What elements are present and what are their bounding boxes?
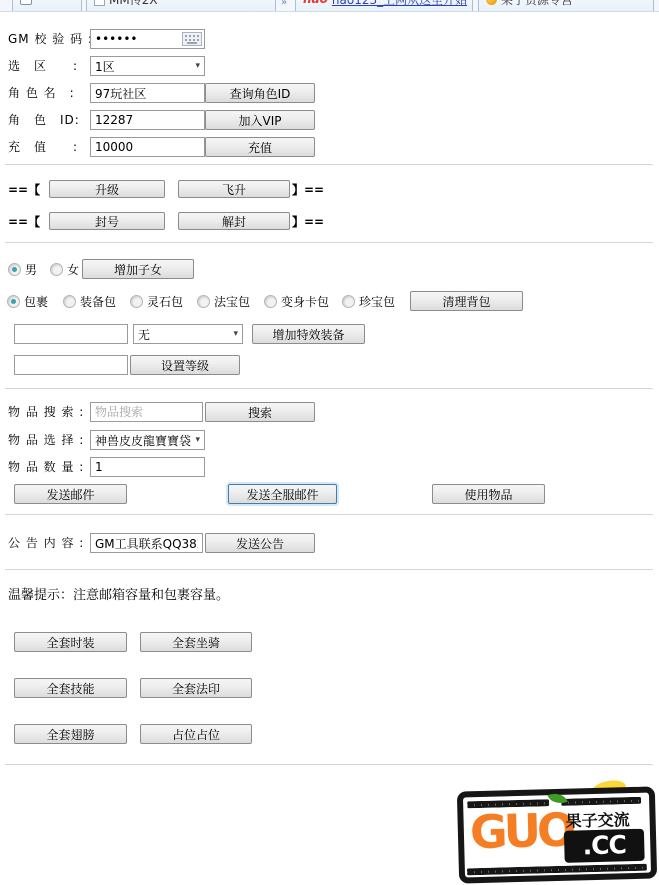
divider [5, 388, 653, 390]
radio-bag-rare[interactable]: 珍宝包 [342, 291, 395, 311]
mail-buttons-row: 发送邮件 发送全服邮件 使用物品 [0, 484, 659, 504]
placeholder-button[interactable]: 占位占位 [140, 724, 252, 744]
notice-label: 公 告 内 容 : [8, 533, 84, 553]
gm-code-label: GM 校 验 码 : [8, 29, 93, 49]
hao123-logo-icon: hao [303, 0, 328, 6]
use-item-button[interactable]: 使用物品 [432, 484, 545, 504]
divider [5, 514, 653, 516]
chevron-down-icon: ▾ [195, 435, 200, 445]
radio-checked-icon [8, 263, 21, 276]
zone-select[interactable]: 1区 ▾ [90, 56, 205, 76]
radio-bag-transform[interactable]: 变身卡包 [264, 291, 329, 311]
role-id-row: 角 色 ID: 加入VIP [0, 110, 659, 130]
item-search-button[interactable]: 搜索 [205, 402, 315, 422]
item-search-row: 物 品 搜 索 : 搜索 [0, 402, 659, 422]
suit-row-3: 全套翅膀 占位占位 [0, 724, 659, 744]
join-vip-button[interactable]: 加入VIP [205, 110, 315, 130]
send-all-mail-button[interactable]: 发送全服邮件 [228, 484, 337, 504]
divider [5, 242, 653, 244]
item-search-input[interactable] [90, 402, 203, 422]
radio-female-label: 女 [67, 261, 79, 278]
stamp-bar-decoration [467, 864, 647, 876]
radio-bag-treasure-weapon[interactable]: 法宝包 [197, 291, 250, 311]
suit-row-2: 全套技能 全套法印 [0, 678, 659, 698]
radio-checked-icon [7, 295, 20, 308]
effect-equip-row: 无 ▾ 增加特效装备 [0, 324, 659, 344]
radio-bag-label: 珍宝包 [359, 293, 395, 310]
radio-icon [264, 295, 277, 308]
radio-male[interactable]: 男 [8, 259, 37, 279]
upgrade-button[interactable]: 升级 [49, 180, 165, 198]
role-id-label: 角 色 ID: [8, 110, 80, 130]
radio-icon [130, 295, 143, 308]
divider [5, 569, 653, 571]
zone-label: 选 区 : [8, 56, 78, 76]
tip-text: 温馨提示：注意邮箱容量和包裹容量。 [8, 584, 229, 603]
tab-overflow-chevron[interactable]: » [281, 0, 287, 8]
item-search-label: 物 品 搜 索 : [8, 402, 84, 422]
browser-tab-bar: MM传2X » hao hao123_上网从这里开始 果子资源专营 [0, 0, 659, 12]
item-select-value: 神兽皮皮龍寶寶袋 [95, 432, 191, 449]
radio-bag-label: 法宝包 [214, 293, 250, 310]
tab-hao123[interactable]: hao hao123_上网从这里开始 [295, 0, 473, 11]
effect-select[interactable]: 无 ▾ [133, 324, 243, 344]
item-qty-input[interactable] [90, 457, 205, 477]
notice-input[interactable] [90, 533, 203, 553]
item-select-row: 物 品 选 择 : 神兽皮皮龍寶寶袋 ▾ [0, 430, 659, 450]
radio-bag-label: 变身卡包 [281, 293, 329, 310]
role-id-input[interactable] [90, 110, 205, 130]
radio-bag-label: 灵石包 [147, 293, 183, 310]
notice-row: 公 告 内 容 : 发送公告 [0, 533, 659, 553]
suit-row-1: 全套时装 全套坐骑 [0, 632, 659, 652]
query-role-id-button[interactable]: 查询角色ID [205, 83, 315, 103]
orange-circle-icon [486, 0, 497, 5]
bracket-prefix: ==【 [8, 212, 40, 232]
clean-bag-button[interactable]: 清理背包 [410, 291, 523, 311]
full-wing-button[interactable]: 全套翅膀 [14, 724, 127, 744]
gm-tool-page: MM传2X » hao hao123_上网从这里开始 果子资源专营 GM 校 验… [0, 0, 659, 885]
blank-favicon-icon [20, 0, 32, 5]
add-child-button[interactable]: 增加子女 [82, 259, 194, 279]
tab-game-label: MM传2X [109, 0, 158, 8]
keyboard-icon[interactable] [182, 32, 202, 46]
stamp-tagline-text: 果子交流 [565, 807, 630, 832]
ban-row: ==【 封号 解封 】== [0, 212, 659, 232]
guocc-stamp: GUO 果子交流 .CC [457, 786, 657, 883]
bracket-prefix: ==【 [8, 180, 40, 200]
recharge-button[interactable]: 充值 [205, 137, 315, 157]
set-level-row: 设置等级 [0, 355, 659, 375]
bags-row: 包裹 装备包 灵石包 法宝包 变身卡包 珍宝包 清理背包 [0, 291, 659, 311]
ascend-button[interactable]: 飞升 [178, 180, 290, 198]
set-level-input[interactable] [14, 355, 128, 375]
zone-select-value: 1区 [95, 58, 115, 75]
radio-bag-spirit[interactable]: 灵石包 [130, 291, 183, 311]
radio-icon [197, 295, 210, 308]
item-qty-row: 物 品 数 量 : [0, 457, 659, 477]
full-mount-button[interactable]: 全套坐骑 [140, 632, 252, 652]
radio-icon [342, 295, 355, 308]
effect-select-value: 无 [138, 326, 150, 343]
stamp-domain-suffix: .CC [564, 829, 645, 863]
tab-game[interactable]: MM传2X [86, 0, 276, 11]
tab-resource-label: 果子资源专营 [501, 0, 573, 8]
recharge-row: 充 值 : 充值 [0, 137, 659, 157]
tab-hao123-label: hao123_上网从这里开始 [332, 0, 467, 8]
chevron-down-icon: ▾ [233, 329, 238, 339]
send-mail-button[interactable]: 发送邮件 [14, 484, 127, 504]
radio-icon [63, 295, 76, 308]
add-effect-equip-button[interactable]: 增加特效装备 [252, 324, 365, 344]
chevron-down-icon: ▾ [195, 61, 200, 71]
page-icon [94, 0, 105, 6]
upgrade-row: ==【 升级 飞升 】== [0, 180, 659, 200]
bracket-suffix: 】== [292, 212, 324, 232]
full-skill-button[interactable]: 全套技能 [14, 678, 127, 698]
zone-row: 选 区 : 1区 ▾ [0, 56, 659, 76]
item-select[interactable]: 神兽皮皮龍寶寶袋 ▾ [90, 430, 205, 450]
radio-female[interactable]: 女 [50, 259, 79, 279]
radio-bag-label: 包裹 [24, 293, 48, 310]
tab-resource[interactable]: 果子资源专营 [478, 0, 654, 11]
full-seal-button[interactable]: 全套法印 [140, 678, 252, 698]
stamp-brand-text: GUO [469, 803, 573, 860]
divider [5, 164, 653, 166]
full-fashion-button[interactable]: 全套时装 [14, 632, 127, 652]
item-qty-label: 物 品 数 量 : [8, 457, 84, 477]
bracket-suffix: 】== [292, 180, 324, 200]
divider [5, 764, 653, 766]
role-name-label: 角 色 名 : [8, 83, 75, 103]
radio-bag-parcel[interactable]: 包裹 [7, 291, 48, 311]
recharge-input[interactable] [90, 137, 205, 157]
ban-button[interactable]: 封号 [49, 212, 165, 230]
gender-row: 男 女 增加子女 [0, 259, 659, 279]
send-notice-button[interactable]: 发送公告 [205, 533, 315, 553]
role-name-input[interactable] [90, 83, 205, 103]
radio-bag-label: 装备包 [80, 293, 116, 310]
role-name-row: 角 色 名 : 查询角色ID [0, 83, 659, 103]
recharge-label: 充 值 : [8, 137, 78, 157]
radio-male-label: 男 [25, 261, 37, 278]
set-level-button[interactable]: 设置等级 [130, 355, 240, 375]
effect-equip-input[interactable] [14, 324, 128, 344]
tab-blank[interactable] [12, 0, 82, 11]
stamp-bar-decoration [561, 797, 641, 806]
radio-bag-equip[interactable]: 装备包 [63, 291, 116, 311]
radio-icon [50, 263, 63, 276]
item-select-label: 物 品 选 择 : [8, 430, 84, 450]
unban-button[interactable]: 解封 [178, 212, 290, 230]
gm-code-row: GM 校 验 码 : [0, 29, 659, 49]
